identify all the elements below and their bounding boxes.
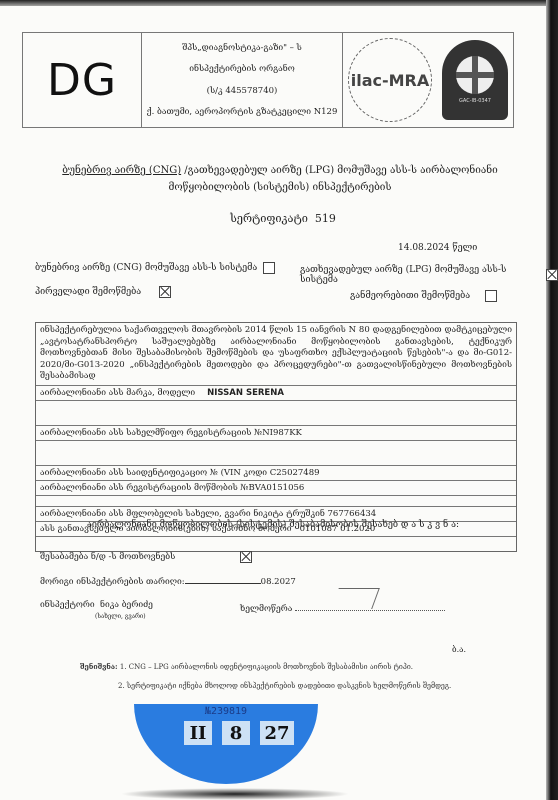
note-1: შენიშვნა: 1. CNG – LPG აირბალონის იდენტი… (80, 662, 413, 671)
page-edge (546, 0, 558, 800)
title-cng: ბუნებრივ აირზე (CNG) (62, 165, 181, 176)
accreditation-marks: ilac-MRA GAC-IB-0347 (343, 33, 513, 127)
certificate-number: სერტიფიკატი 519 (0, 212, 546, 225)
option-repeat: განმეორებითი შემოწმება (350, 290, 497, 302)
ilac-mra-logo-icon: ilac-MRA (348, 38, 432, 122)
sticker-number: №239819 (134, 706, 318, 717)
issue-date: 14.08.2024 წელი (398, 243, 477, 253)
primary-checkbox[interactable] (159, 286, 171, 298)
company-logo: DG (23, 33, 142, 127)
title-lpg: /გათხევადებულ აირზე (LPG) მომუშავე ასს-ს… (181, 165, 498, 176)
inspector-caption: (სახელი, გვარი) (95, 613, 146, 620)
title-line2: მოწყობილობის (სისტემის) ინსპექტირების (169, 182, 392, 193)
inspection-basis: ინსპექტირებულია საქართველოს მთავრობის 20… (36, 323, 516, 386)
vehicle-table: ინსპექტირებულია საქართველოს მთავრობის 20… (35, 322, 517, 552)
note-2: 2. სერტიფიკატი იქნება მხოლოდ ინსპექტირებ… (118, 682, 451, 690)
sticker-quarter: II (184, 721, 212, 745)
photo-shadow-bottom (120, 788, 350, 800)
header-block: DG შპს„დიაგნოსტიკა-გაზი" – ს ინსპექტირებ… (22, 32, 514, 128)
table-row: აირბალონიანი ასს სახელმწიფო რეგისტრაციის… (36, 426, 516, 441)
org-address: ქ. ბათუმი, აეროპორტის გზატკეცილი N129 (147, 107, 338, 117)
compliance-label: შესაბამება ნ/დ -ს მოთხოვნებს (40, 552, 175, 562)
signature: ხელმოწერა (240, 600, 445, 614)
inspector-label: ინსპექტორი ნიკა ბერიძე (40, 600, 153, 610)
lpg-checkbox[interactable] (546, 269, 558, 281)
org-type: ინსპექტირების ორგანო (189, 64, 294, 74)
org-id: (ს/კ 445578740) (207, 86, 278, 96)
next-inspection: მორიგი ინსპექტირების თარიღი:08.2027 (40, 575, 296, 587)
conclusion-heading: აირბალონიანი მოწყობილობის (სისტემის) შეს… (0, 520, 546, 530)
stamp-place: ბ.ა. (452, 645, 466, 654)
table-row: აირბალონიანი ასს რეგისტრაციის მოწმობის №… (36, 481, 516, 496)
option-lpg: გათხევადებულ აირზე (LPG) მომუშავე ასს-ს … (300, 265, 558, 285)
option-cng: ბუნებრივ აირზე (CNG) მომუშავე ასს-ს სისტ… (35, 262, 275, 274)
document-title: ბუნებრივ აირზე (CNG) /გათხევადებულ აირზე… (40, 162, 520, 196)
repeat-checkbox[interactable] (485, 290, 497, 302)
sticker-year: 27 (260, 721, 294, 745)
compliance-checkbox[interactable] (240, 551, 252, 563)
org-name: შპს„დიაგნოსტიკა-გაზი" – ს (182, 43, 302, 53)
inspector-name: ნიკა ბერიძე (100, 600, 153, 610)
next-inspection-date: 08.2027 (261, 577, 296, 587)
signature-mark (295, 600, 445, 611)
option-primary: პირველადი შემოწმება (35, 286, 171, 298)
gac-seal-icon: GAC-IB-0347 (442, 40, 508, 120)
sticker-month: 8 (222, 721, 250, 745)
org-info: შპს„დიაგნოსტიკა-გაზი" – ს ინსპექტირების … (142, 33, 343, 127)
cng-checkbox[interactable] (263, 262, 275, 274)
table-row: აირბალონიანი ასს საიდენტიფიკაციო № (VIN … (36, 466, 516, 481)
table-row: აირბალონიანი ასს მარკა, მოდელიNISSAN SER… (36, 386, 516, 401)
